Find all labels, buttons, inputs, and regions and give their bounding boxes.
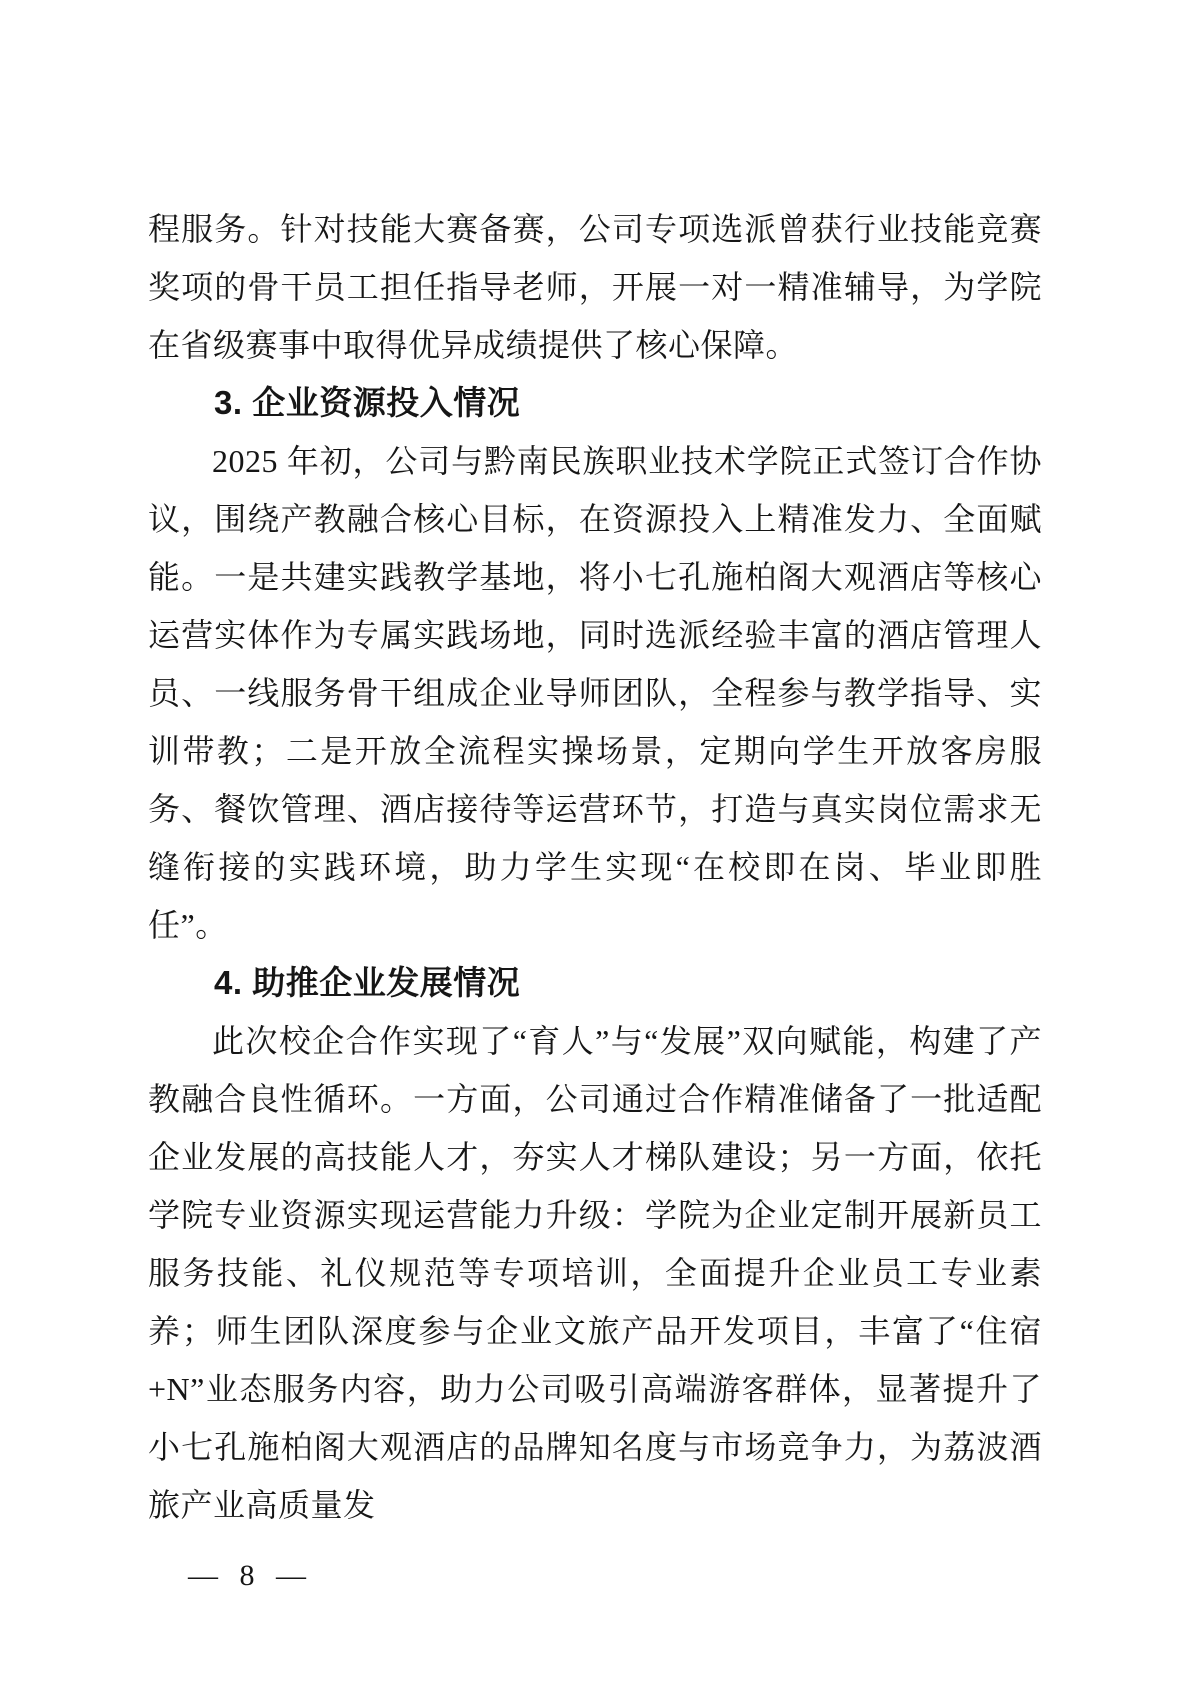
section-heading-development: 4. 助推企业发展情况: [148, 954, 1042, 1012]
paragraph-competition-support: 程服务。针对技能大赛备赛，公司专项选派曾获行业技能竞赛奖项的骨干员工担任指导老师…: [148, 200, 1042, 374]
paragraph-resource-investment: 2025 年初，公司与黔南民族职业技术学院正式签订合作协议，围绕产教融合核心目标…: [148, 432, 1042, 954]
body-text: 程服务。针对技能大赛备赛，公司专项选派曾获行业技能竞赛奖项的骨干员工担任指导老师…: [148, 200, 1042, 1534]
paragraph-enterprise-development: 此次校企合作实现了“育人”与“发展”双向赋能，构建了产教融合良性循环。一方面，公…: [148, 1012, 1042, 1534]
section-heading-resources: 3. 企业资源投入情况: [148, 374, 1042, 432]
page-number: — 8 —: [188, 1556, 306, 1596]
document-page: 程服务。针对技能大赛备赛，公司专项选派曾获行业技能竞赛奖项的骨干员工担任指导老师…: [0, 0, 1191, 1684]
